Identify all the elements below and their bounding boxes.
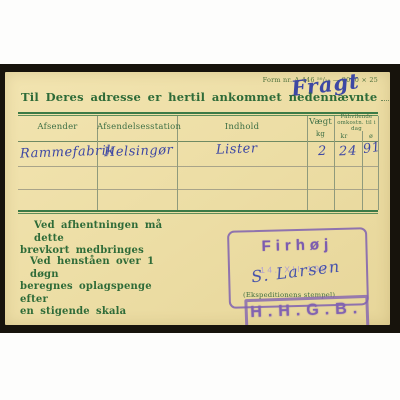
cell-vaegt-handwritten: 2: [318, 144, 327, 159]
table-row-rule-2: [18, 189, 378, 190]
storage-fee-note-line2: beregnes oplagspenge efter: [20, 281, 176, 306]
railway-initials-stamp: H.H.G.B.: [247, 300, 366, 322]
table-bottom-rule-2: [18, 213, 378, 214]
column-header-omkostninger: Påhvilende omkostn. til i dag: [335, 114, 378, 132]
cell-kr-handwritten: 24: [339, 144, 358, 160]
table-bottom-rule: [18, 210, 378, 212]
table-top-rule: [18, 112, 378, 114]
notice-heading-text: Til Deres adresse er hertil ankommet ned…: [21, 90, 377, 104]
cell-station-handwritten: Helsingør: [104, 143, 174, 160]
railway-initials-stamp-box: H.H.G.B.: [244, 295, 369, 325]
column-header-vaegt: Vægt: [307, 117, 334, 127]
pickup-note-line1: Ved afhentningen må dette: [20, 220, 176, 245]
column-header-afsendelsesstation: Afsendelsesstation: [97, 122, 177, 132]
storage-fee-note-line1: Ved henståen over 1 døgn: [20, 256, 176, 281]
cell-indhold-handwritten: Lister: [216, 141, 258, 157]
table-top-rule-2: [18, 115, 378, 116]
column-header-kr: kr: [336, 133, 352, 140]
table-header-rule: [18, 141, 378, 142]
column-header-oere: ø: [364, 133, 378, 140]
notice-heading: Til Deres adresse er hertil ankommet ned…: [21, 89, 377, 104]
storage-fee-note-line3: en stigende skala: [20, 306, 176, 319]
freight-notice-card: Form nr. A 446 ⁵⁰/₅₈ — 8000 × 25 Fragt T…: [5, 72, 390, 325]
cell-afsender-handwritten: Rammefabrik: [20, 143, 115, 161]
station-stamp-name: Firhøj: [229, 235, 365, 256]
storage-fee-note: Ved henståen over 1 døgn beregnes oplags…: [20, 256, 176, 319]
pickup-note: Ved afhentningen må dette brevkort medbr…: [20, 220, 176, 258]
table-row-rule-1: [18, 166, 378, 167]
column-header-afsender: Afsender: [18, 122, 97, 132]
freight-table: Afsender Afsendelsesstation Indhold Vægt…: [18, 112, 378, 215]
column-header-indhold: Indhold: [177, 122, 307, 132]
photo-backdrop: Form nr. A 446 ⁵⁰/₅₈ — 8000 × 25 Fragt T…: [0, 64, 400, 333]
column-header-vaegt-unit: kg: [307, 130, 334, 138]
cell-oere-handwritten: 91: [362, 140, 381, 157]
dotted-fill-line: [381, 91, 390, 101]
table-right-rule: [378, 116, 379, 210]
